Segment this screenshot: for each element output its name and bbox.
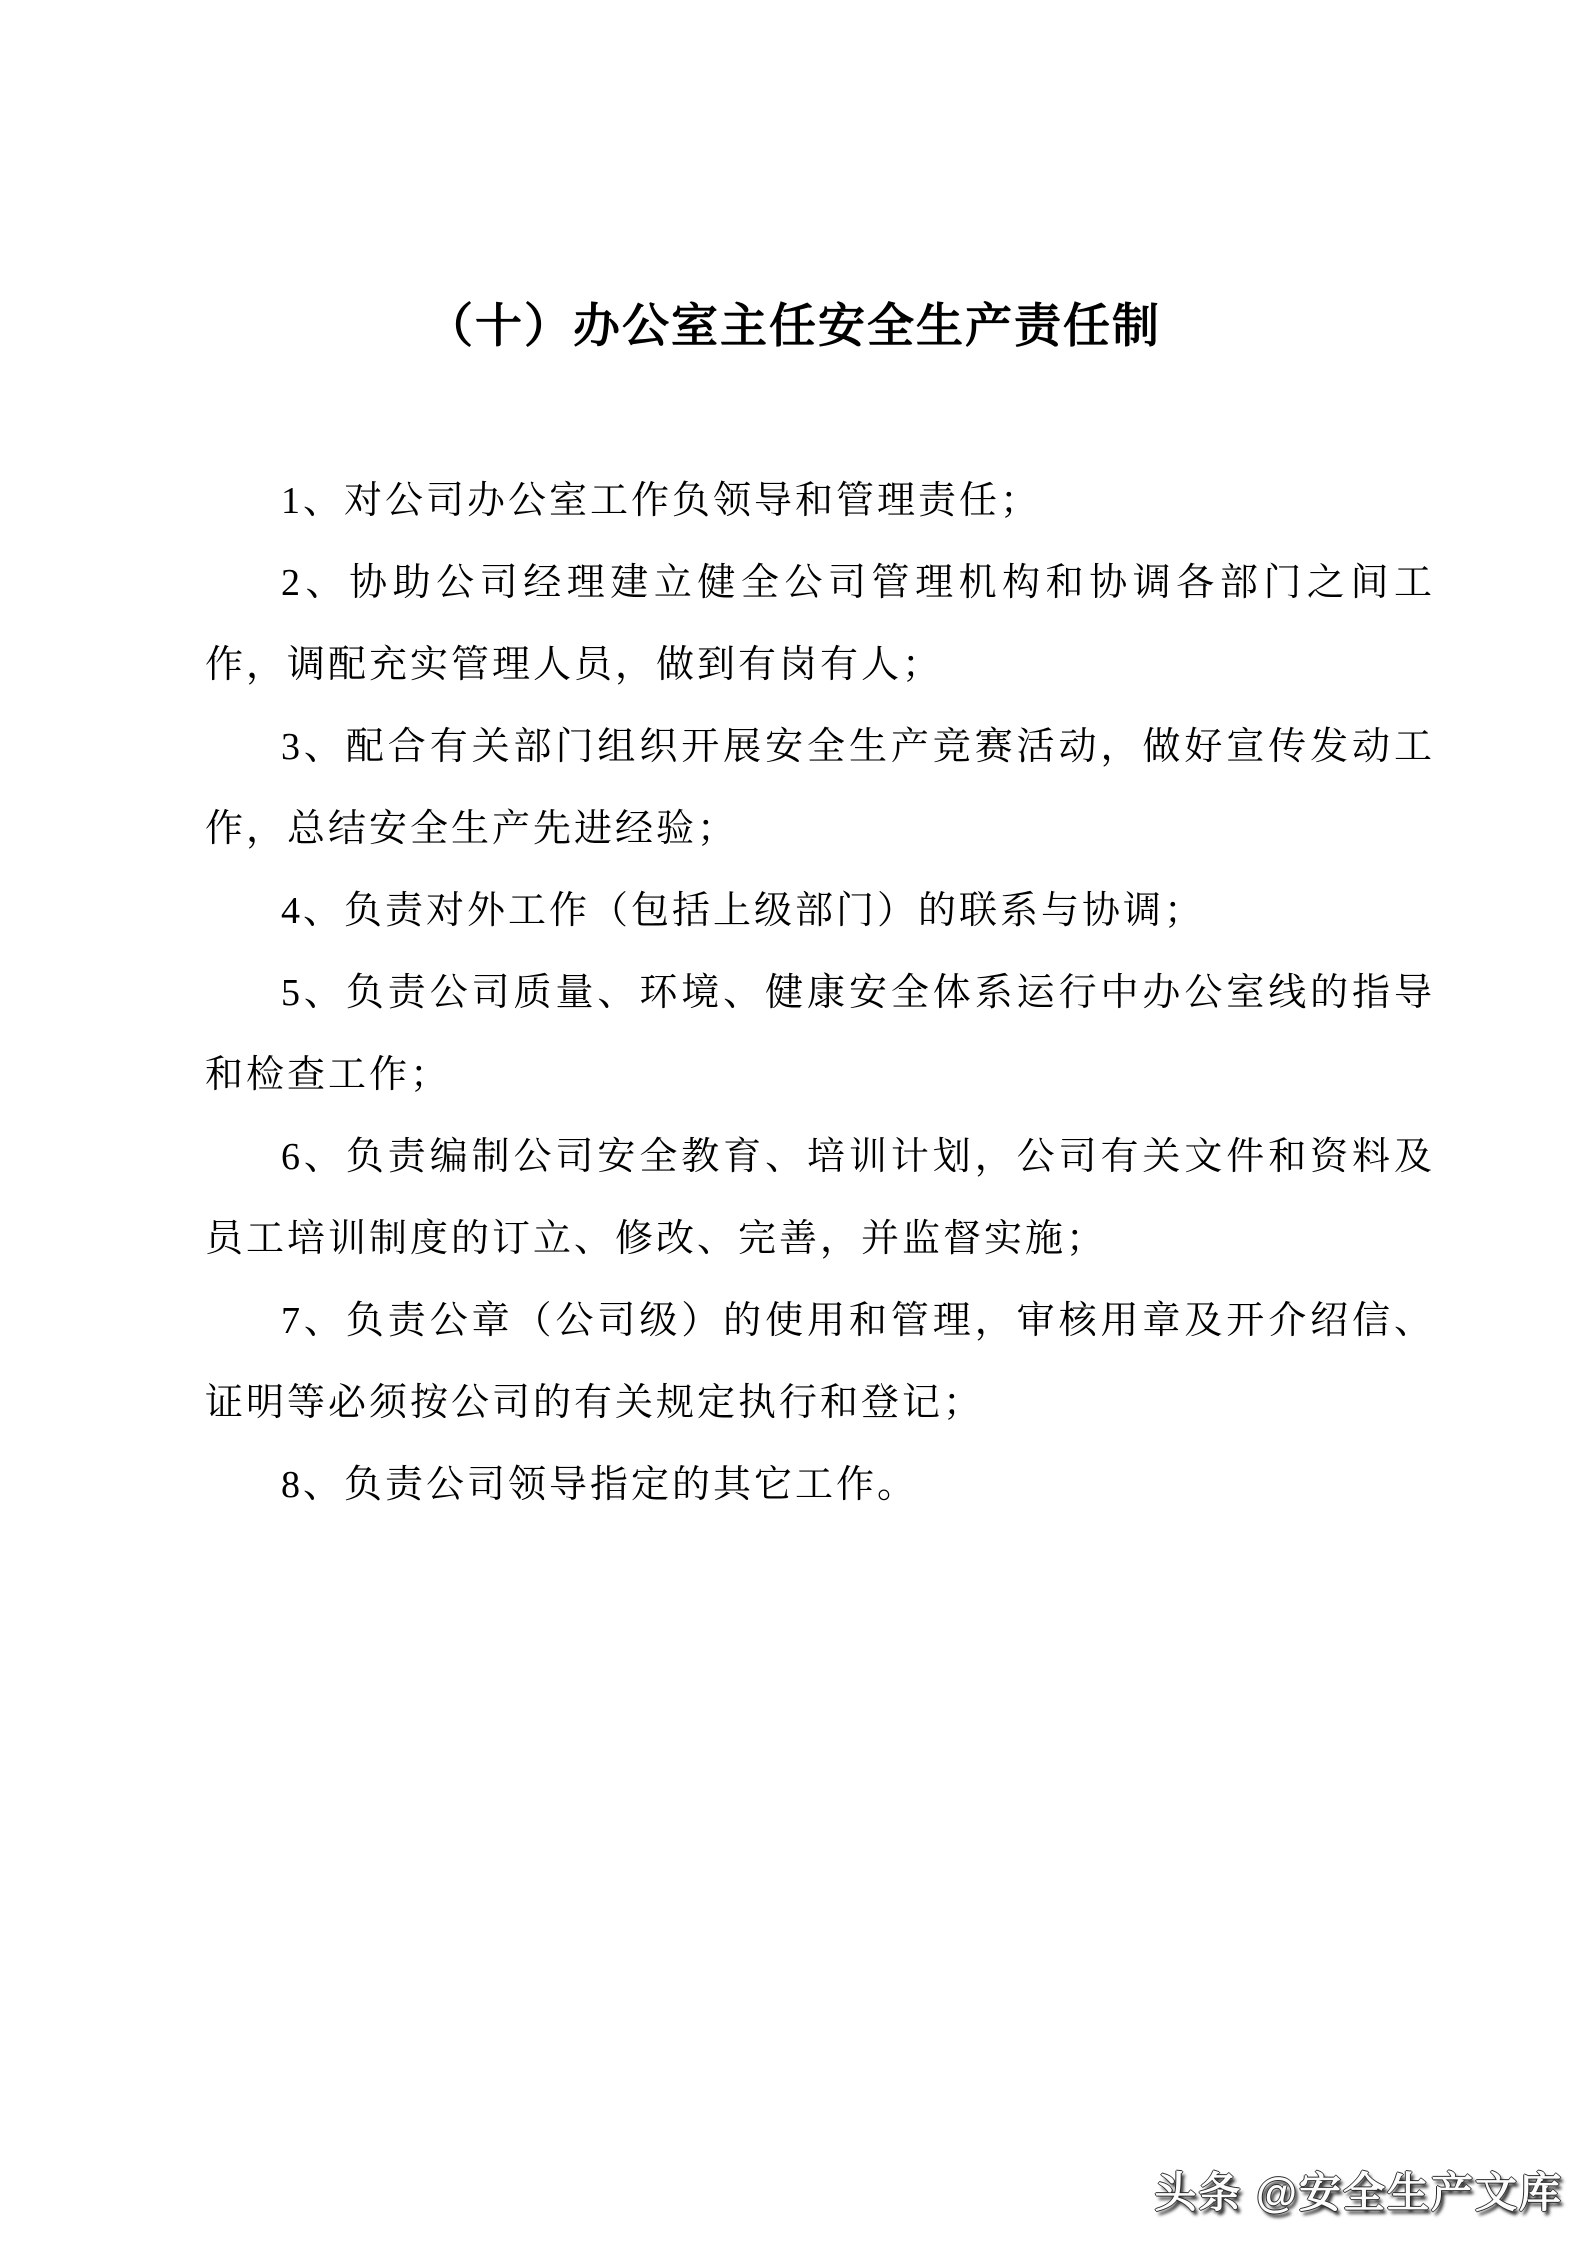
list-item-5: 5、负责公司质量、环境、健康安全体系运行中办公室线的指导和检查工作； <box>205 952 1435 1116</box>
watermark-text: 头条 @安全生产文库 <box>1154 2169 1563 2216</box>
page-title: （十）办公室主任安全生产责任制 <box>0 0 1587 356</box>
list-item-7: 7、负责公章（公司级）的使用和管理，审核用章及开介绍信、证明等必须按公司的有关规… <box>205 1280 1435 1444</box>
list-item-1: 1、对公司办公室工作负领导和管理责任； <box>205 460 1435 542</box>
list-item-3: 3、配合有关部门组织开展安全生产竞赛活动，做好宣传发动工作，总结安全生产先进经验… <box>205 706 1435 870</box>
document-body: 1、对公司办公室工作负领导和管理责任； 2、协助公司经理建立健全公司管理机构和协… <box>205 460 1435 1526</box>
document-page: （十）办公室主任安全生产责任制 1、对公司办公室工作负领导和管理责任； 2、协助… <box>0 0 1587 2245</box>
list-item-8: 8、负责公司领导指定的其它工作。 <box>205 1444 1435 1526</box>
watermark: 头条 @安全生产文库 <box>1154 2160 1563 2220</box>
list-item-2: 2、协助公司经理建立健全公司管理机构和协调各部门之间工作，调配充实管理人员，做到… <box>205 542 1435 706</box>
list-item-4: 4、负责对外工作（包括上级部门）的联系与协调； <box>205 870 1435 952</box>
list-item-6: 6、负责编制公司安全教育、培训计划，公司有关文件和资料及员工培训制度的订立、修改… <box>205 1116 1435 1280</box>
